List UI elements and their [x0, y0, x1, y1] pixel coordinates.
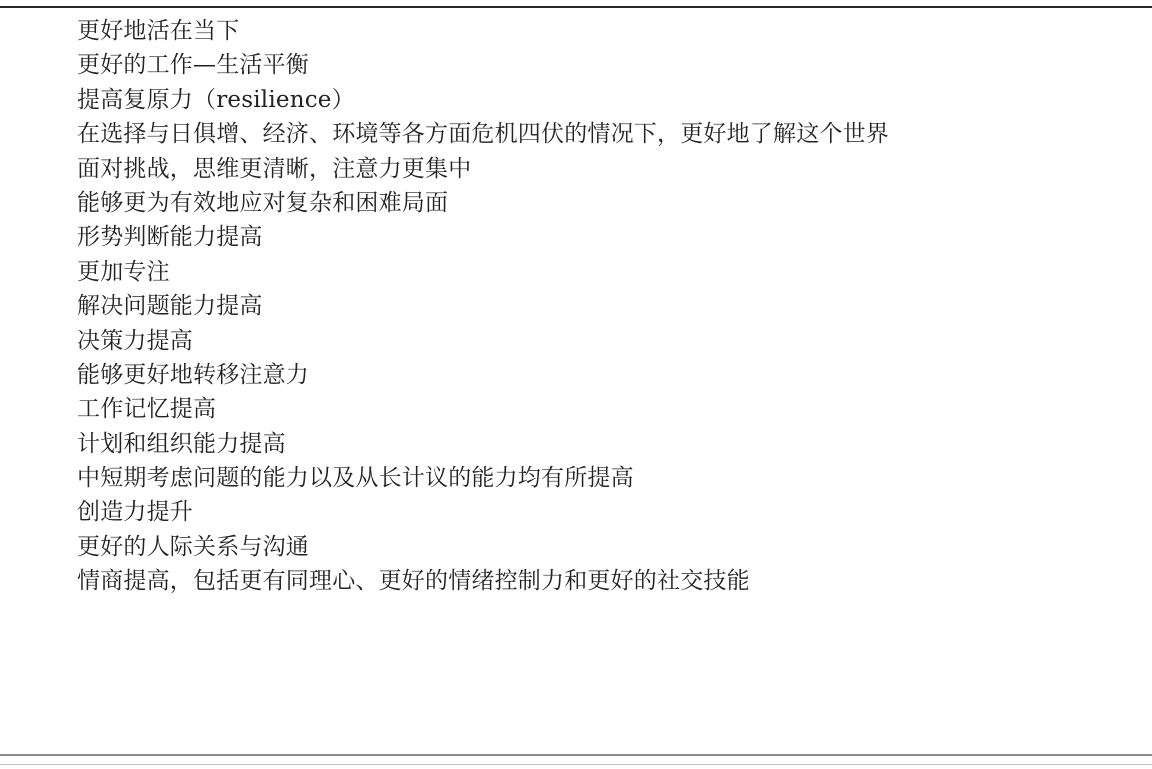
table-bottom-rule	[0, 754, 1152, 756]
table-row: 情商提高，包括更有同理心、更好的情绪控制力和更好的社交技能	[0, 564, 1152, 598]
table-row: 形势判断能力提高	[0, 220, 1152, 254]
table-row: 计划和组织能力提高	[0, 427, 1152, 461]
table-row: 中短期考虑问题的能力以及从长计议的能力均有所提高	[0, 461, 1152, 495]
table-row: 解决问题能力提高	[0, 289, 1152, 323]
benefits-table: 更好地活在当下 更好的工作—生活平衡 提高复原力（resilience） 在选择…	[0, 14, 1152, 599]
table-row: 在选择与日俱增、经济、环境等各方面危机四伏的情况下，更好地了解这个世界	[0, 117, 1152, 151]
table-row: 面对挑战，思维更清晰，注意力更集中	[0, 152, 1152, 186]
table-row: 能够更好地转移注意力	[0, 358, 1152, 392]
table-row: 更好的人际关系与沟通	[0, 530, 1152, 564]
table-bottom-rule-light	[0, 764, 1152, 765]
table-row: 更加专注	[0, 255, 1152, 289]
table-row: 创造力提升	[0, 495, 1152, 529]
table-row: 能够更为有效地应对复杂和困难局面	[0, 186, 1152, 220]
table-top-rule	[0, 6, 1152, 8]
table-row: 工作记忆提高	[0, 392, 1152, 426]
table-row: 提高复原力（resilience）	[0, 83, 1152, 117]
table-row: 更好地活在当下	[0, 14, 1152, 48]
table-row: 决策力提高	[0, 324, 1152, 358]
table-row: 更好的工作—生活平衡	[0, 48, 1152, 82]
